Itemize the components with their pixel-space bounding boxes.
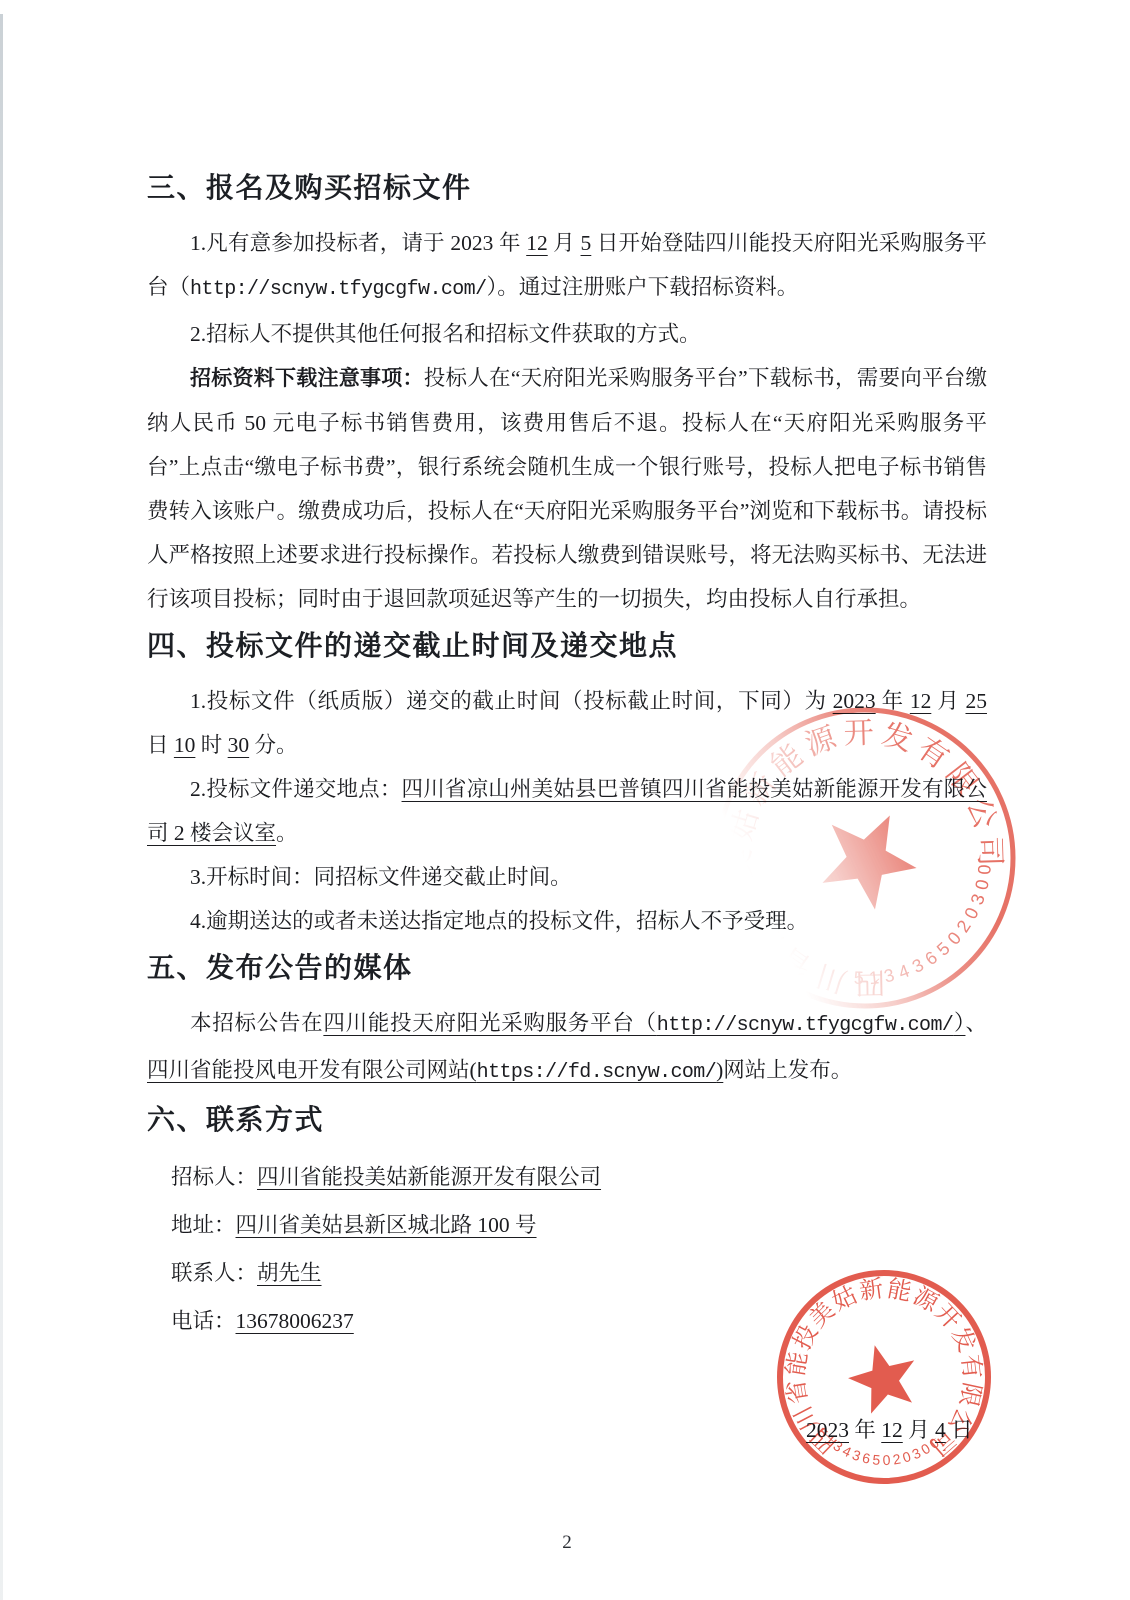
text-segment: 月 xyxy=(931,689,965,713)
text-segment: https://fd.scnyw.com/ xyxy=(477,1061,716,1084)
text-segment: 四川省能投风电开发有限公司网站( xyxy=(147,1058,477,1082)
star-icon xyxy=(842,1336,925,1417)
text-segment: 本招标公告在 xyxy=(190,1011,323,1035)
text-segment: 招标资料下载注意事项： xyxy=(190,367,424,390)
text-segment: 25 xyxy=(965,689,987,713)
text-segment: 3.开标时间：同招标文件递交截止时间。 xyxy=(190,865,572,889)
text-segment: 投标人在“天府阳光采购服务平台”下载标书，需要向平台缴纳人民币 50 元电子标书… xyxy=(147,366,987,611)
text-segment: 时 xyxy=(195,733,227,757)
text-segment: 2.招标人不提供其他任何报名和招标文件获取的方式。 xyxy=(190,322,701,346)
text-segment: 30 xyxy=(228,733,250,757)
text-segment: 5 xyxy=(581,231,592,255)
text-segment: 2023 xyxy=(806,1418,849,1442)
document-body: 三、报名及购买招标文件 1.凡有意参加投标者，请于 2023 年 12 月 5 … xyxy=(147,163,987,1345)
contact-row-person: 联系人：胡先生 xyxy=(147,1249,987,1297)
contact-value: 四川省能投美姑新能源开发有限公司 xyxy=(257,1165,601,1189)
paragraph-late-delivery: 4.逾期送达的或者未送达指定地点的投标文件，招标人不予受理。 xyxy=(147,899,987,943)
paragraph-deadline-place: 2.投标文件递交地点：四川省凉山州美姑县巴普镇四川省能投美姑新能源开发有限公司 … xyxy=(147,767,987,855)
text-segment: 网站上发布。 xyxy=(723,1058,852,1082)
contact-label: 电话： xyxy=(171,1309,236,1333)
section-3-heading: 三、报名及购买招标文件 xyxy=(147,171,987,205)
text-segment: 4 xyxy=(935,1418,946,1442)
paragraph-opening-time: 3.开标时间：同招标文件递交截止时间。 xyxy=(147,855,987,899)
contact-label: 地址： xyxy=(171,1213,236,1237)
paragraph-deadline-time: 1.投标文件（纸质版）递交的截止时间（投标截止时间，下同）为 2023 年 12… xyxy=(147,679,987,767)
text-segment: 日 xyxy=(147,733,174,757)
contact-value: 胡先生 xyxy=(257,1261,322,1285)
text-segment: http://scnyw.tfygcgfw.com/ xyxy=(190,278,486,301)
paragraph-register-2: 2.招标人不提供其他任何报名和招标文件获取的方式。 xyxy=(147,312,987,356)
page-number: 2 xyxy=(147,1532,987,1554)
section-3-registration: 三、报名及购买招标文件 1.凡有意参加投标者，请于 2023 年 12 月 5 … xyxy=(147,171,987,621)
text-segment: 12 xyxy=(910,689,932,713)
text-segment: 1.凡有意参加投标者，请于 2023 年 xyxy=(190,231,526,255)
text-segment: 12 xyxy=(526,231,548,255)
contact-row-address: 地址：四川省美姑县新区城北路 100 号 xyxy=(147,1201,987,1249)
contact-row-tenderer: 招标人：四川省能投美姑新能源开发有限公司 xyxy=(147,1153,987,1201)
text-segment: http://scnyw.tfygcgfw.com/ xyxy=(657,1014,953,1037)
text-segment: 四川能投天府阳光采购服务平台（ xyxy=(323,1011,656,1035)
announcement-date: 2023 年 12 月 4 日 xyxy=(806,1416,973,1444)
contact-value: 四川省美姑县新区城北路 100 号 xyxy=(236,1213,537,1237)
text-segment: ）。通过注册账户下载招标资料。 xyxy=(486,275,798,299)
text-segment: ） xyxy=(953,1011,965,1035)
text-segment: 1.投标文件（纸质版）递交的截止时间（投标截止时间，下同）为 xyxy=(190,689,833,713)
section-4-heading: 四、投标文件的递交截止时间及递交地点 xyxy=(147,629,987,663)
section-5-heading: 五、发布公告的媒体 xyxy=(147,951,987,985)
scan-edge-artifact xyxy=(0,14,3,1600)
text-segment: 分。 xyxy=(249,733,297,757)
section-5-media: 五、发布公告的媒体 本招标公告在四川能投天府阳光采购服务平台（http://sc… xyxy=(147,951,987,1095)
text-segment: 4.逾期送达的或者未送达指定地点的投标文件，招标人不予受理。 xyxy=(190,909,808,933)
text-segment: 、 xyxy=(965,1011,987,1035)
contact-value: 13678006237 xyxy=(236,1309,354,1333)
section-4-deadline: 四、投标文件的递交截止时间及递交地点 1.投标文件（纸质版）递交的截止时间（投标… xyxy=(147,629,987,943)
paragraph-register-1: 1.凡有意参加投标者，请于 2023 年 12 月 5 日开始登陆四川能投天府阳… xyxy=(147,221,987,312)
section-6-heading: 六、联系方式 xyxy=(147,1103,987,1137)
text-segment: 2023 xyxy=(833,689,876,713)
contact-label: 联系人： xyxy=(171,1261,257,1285)
section-6-contact: 六、联系方式 招标人：四川省能投美姑新能源开发有限公司 地址：四川省美姑县新区城… xyxy=(147,1103,987,1345)
text-segment: 日 xyxy=(946,1418,973,1442)
text-segment: 年 xyxy=(849,1418,881,1442)
text-segment: 月 xyxy=(903,1418,935,1442)
text-segment: 12 xyxy=(881,1418,903,1442)
paragraph-download-notes: 招标资料下载注意事项：投标人在“天府阳光采购服务平台”下载标书，需要向平台缴纳人… xyxy=(147,356,987,621)
text-segment: 月 xyxy=(548,231,581,255)
text-segment: 10 xyxy=(174,733,196,757)
text-segment: 年 xyxy=(876,689,910,713)
paragraph-media: 本招标公告在四川能投天府阳光采购服务平台（http://scnyw.tfygcg… xyxy=(147,1001,987,1095)
text-segment: 2.投标文件递交地点： xyxy=(190,777,402,801)
contact-label: 招标人： xyxy=(171,1165,257,1189)
text-segment: 。 xyxy=(276,821,298,845)
contact-row-phone: 电话：13678006237 xyxy=(147,1297,987,1345)
